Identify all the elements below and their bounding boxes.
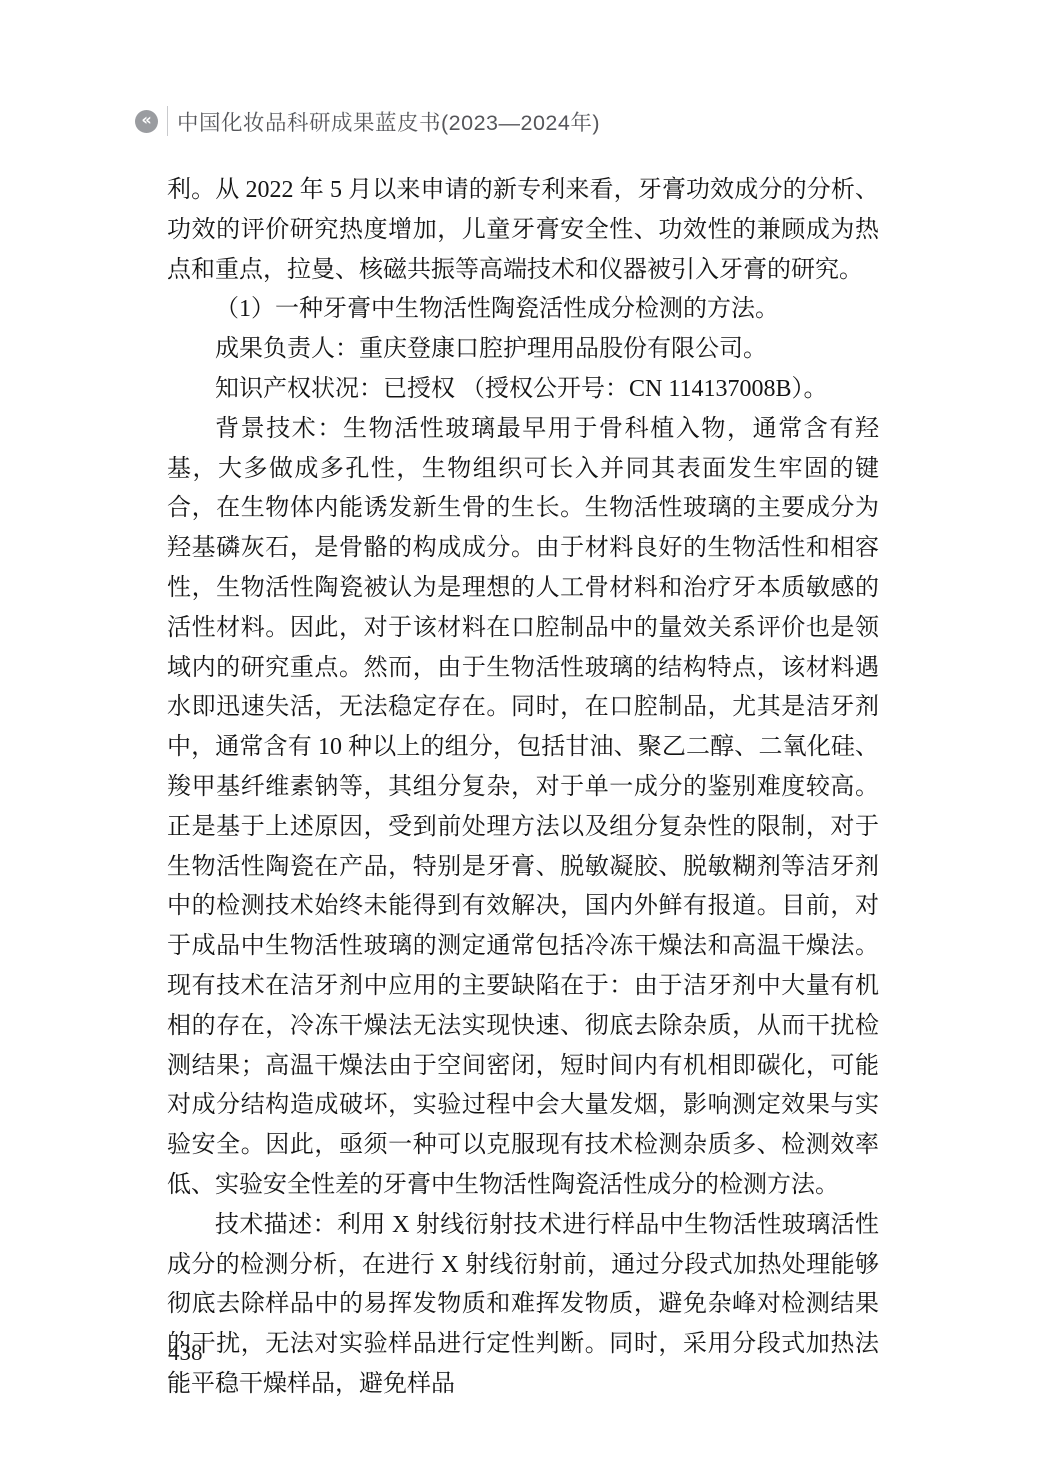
book-title: 中国化妆品科研成果蓝皮书(2023—2024年) <box>177 106 600 137</box>
page-number: 438 <box>168 1340 203 1366</box>
paragraph: （1）一种牙膏中生物活性陶瓷活性成分检测的方法。 <box>167 290 879 330</box>
chevron-double-left-icon[interactable]: « <box>135 110 158 133</box>
header-divider <box>167 106 168 136</box>
page-header: « 中国化妆品科研成果蓝皮书(2023—2024年) <box>135 103 600 139</box>
paragraph: 知识产权状况：已授权 （授权公开号：CN 114137008B）。 <box>167 370 879 410</box>
book-page: « 中国化妆品科研成果蓝皮书(2023—2024年) 利。从 2022 年 5 … <box>0 0 1045 1458</box>
body-text: 利。从 2022 年 5 月以来申请的新专利来看，牙膏功效成分的分析、功效的评价… <box>167 171 879 1405</box>
paragraph: 背景技术：生物活性玻璃最早用于骨科植入物，通常含有羟基，大多做成多孔性，生物组织… <box>167 410 879 1206</box>
paragraph: 利。从 2022 年 5 月以来申请的新专利来看，牙膏功效成分的分析、功效的评价… <box>167 171 879 290</box>
paragraph: 技术描述：利用 X 射线衍射技术进行样品中生物活性玻璃活性成分的检测分析，在进行… <box>167 1206 879 1405</box>
paragraph: 成果负责人：重庆登康口腔护理用品股份有限公司。 <box>167 330 879 370</box>
